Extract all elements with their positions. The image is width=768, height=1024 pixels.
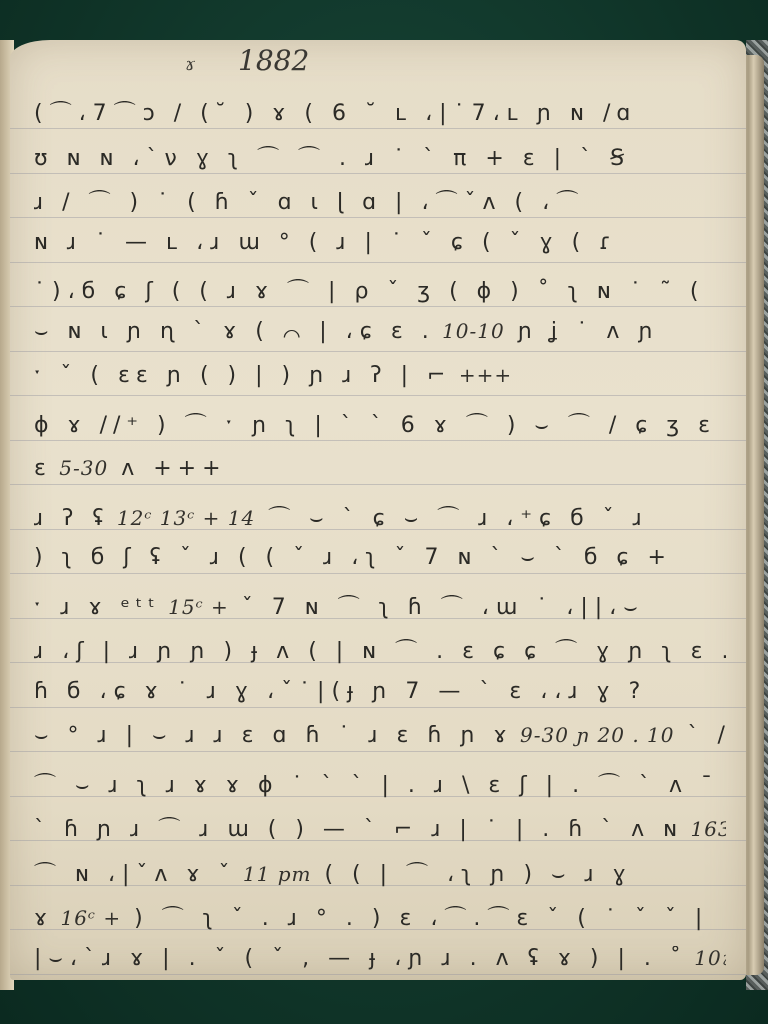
shorthand-line: ( ⌒ ، 7 ⌒ ɔ / (˘ ) ɤ ( 6 ˘ ʟ ، | ˙ 7 ، ʟ… (34, 96, 726, 127)
shorthand-line: ʊ ɴ ɴ ، ˋ ν ɣ ʅ ⌒ ⌒ . ɹ ˙ ˋ π + ɛ | ˋ Ꞩ (34, 141, 726, 172)
numeral-note: 10-10 (442, 319, 505, 343)
shorthand-text: ⌣ ° ɹ | ⌣ ɹ ɹ ɛ ɑ ɦ ˙ ɹ ɛ ɦ ɲ ɤ (34, 723, 513, 748)
ruled-line (10, 128, 746, 129)
shorthand-text: ˇ 7 ɴ ⌒ ʅ ɦ ⌒ ، ɯ ˙ ، | | ، ⌣ (242, 595, 638, 620)
shorthand-text: ( ⌒ ، 7 ⌒ ɔ / (˘ ) ɤ ( 6 ˘ ʟ ، | ˙ 7 ، ʟ… (34, 101, 636, 126)
shorthand-line: ɹ / ⌒ ) ˙ ( ɦ ˇ ɑ ɩ ɭ ɑ | ، ⌒ ˇ ʌ ( ، ⌒ (34, 185, 726, 216)
ruled-line (10, 395, 746, 396)
shorthand-text: ˑ ˇ ( ɛɛ ɲ ( ) | ) ɲ ɹ ʔ | ⌐ (34, 363, 451, 388)
numeral-note: 16ᶜ + (60, 906, 121, 930)
shorthand-line: ɦ б ، ɕ ɤ ˙ ɹ ɣ ، ˇ ˙ | ( ɟ ɲ 7 — ˋ ɛ ، … (34, 679, 726, 704)
shorthand-text: ɴ ɹ ˙ — ʟ ، ɹ ɯ ° ( ɹ | ˙ ˇ ɕ ( ˇ ɣ ( ɾ (34, 230, 617, 255)
shorthand-text: ɹ / ⌒ ) ˙ ( ɦ ˇ ɑ ɩ ɭ ɑ | ، ⌒ ˇ ʌ ( ، ⌒ (34, 190, 578, 215)
shorthand-text: ɹ ʔ ʢ (34, 506, 110, 531)
ruled-line (10, 707, 746, 708)
numeral-note: 5-30 (59, 456, 108, 480)
shorthand-line: | ⌣ ، ˋ ɹ ɤ | . ˇ ( ˇ , — ɟ ، ɲ ɹ . ʌ ʢ … (34, 946, 726, 971)
numeral-note: 1630 (690, 817, 726, 841)
shorthand-line: ɸ ɤ //⁺ ) ⌒ ˑ ɲ ʅ | ˋ ˋ 6 ɤ ⌒ ) ⌣ ⌒ / ɕ … (34, 408, 726, 439)
shorthand-line: ɤ 16ᶜ + ) ⌒ ʅ ˇ . ɹ ° . ) ɛ ، ⌒ . ⌒ ɛ ˇ … (34, 901, 726, 932)
shorthand-line: ⌒ ⌣ ɹ ʅ ɹ ɤ ɤ ɸ ˙ ˋ ˋ | . ɹ \ ɛ ʃ | . ⌒ … (34, 768, 726, 799)
ruled-line (10, 306, 746, 307)
heading-mark: ɤ (185, 54, 195, 75)
numeral-note: 9-30 ɲ 20 . 10 (520, 723, 675, 747)
shorthand-text: ⌣ ɴ ɩ ɲ ɳ ˋ ɤ ( ⌒ | ، ɕ ɛ . (34, 319, 435, 344)
shorthand-line: ˙ ) ، б ɕ ʃ ( ( ɹ ɤ ⌒ | ρ ˇ ʒ ( ɸ ) ˚ ʅ … (34, 274, 726, 305)
notebook-page: ɤ 1882 ( ⌒ ، 7 ⌒ ɔ / (˘ ) ɤ ( 6 ˘ ʟ ، | … (10, 40, 746, 980)
ruled-line (10, 440, 746, 441)
shorthand-line: ˑ ɹ ɤ ᵉᵗᵗ 15ᶜ + ˇ 7 ɴ ⌒ ʅ ɦ ⌒ ، ɯ ˙ ، | … (34, 590, 726, 621)
ruled-line (10, 217, 746, 218)
shorthand-text: | ⌣ ، ˋ ɹ ɤ | . ˇ ( ˇ , — ɟ ، ɲ ɹ . ʌ ʢ … (34, 946, 687, 971)
numeral-note: +++ (459, 363, 512, 387)
shorthand-line: ⌒ ɴ ، | ˇ ʌ ɤ ˇ 11 pm ( ( | ⌒ ، ʅ ɲ ) ⌣ … (34, 857, 726, 888)
shorthand-text: ) ʅ б ʃ ʢ ˇ ɹ ( ( ˇ ɹ ، ʅ ˇ 7 ɴ ˋ ⌣ ˋ б … (34, 545, 672, 570)
shorthand-line: ɛ 5-30 ʌ +++ (34, 456, 726, 481)
ruled-line (10, 573, 746, 574)
numeral-note: 15ᶜ + (168, 595, 229, 619)
shorthand-text: ⌒ ɴ ، | ˇ ʌ ɤ ˇ (34, 862, 236, 887)
shorthand-text: ɲ ʝ ˙ ʌ ɲ (518, 319, 659, 344)
numeral-note: 10ɤ (694, 946, 726, 970)
shorthand-text: ˑ ɹ ɤ ᵉᵗᵗ (34, 595, 161, 620)
shorthand-text: ) ⌒ ʅ ˇ . ɹ ° . ) ɛ ، ⌒ . ⌒ ɛ ˇ ( ˙ ˇ ˇ … (134, 906, 708, 931)
ruled-line (10, 974, 746, 975)
shorthand-text: ʊ ɴ ɴ ، ˋ ν ɣ ʅ ⌒ ⌒ . ɹ ˙ ˋ π + ɛ | ˋ Ꞩ (34, 146, 630, 171)
shorthand-text: ɸ ɤ //⁺ ) ⌒ ˑ ɲ ʅ | ˋ ˋ 6 ɤ ⌒ ) ⌣ ⌒ / ɕ … (34, 413, 726, 438)
ruled-line (10, 751, 746, 752)
shorthand-text: ( ( | ⌒ ، ʅ ɲ ) ⌣ ɹ ɣ (324, 862, 631, 887)
ruled-line (10, 351, 746, 352)
numeral-note: 11 pm (243, 862, 312, 886)
shorthand-text: ʌ +++ (121, 456, 226, 481)
shorthand-text: ɹ ، ʃ | ɹ ɲ ɲ ) ɟ ʌ ( | ɴ ⌒ . ɛ ɕ ɕ ⌒ ɣ … (34, 639, 726, 664)
ruled-line (10, 484, 746, 485)
shorthand-line: ) ʅ б ʃ ʢ ˇ ɹ ( ( ˇ ɹ ، ʅ ˇ 7 ɴ ˋ ⌣ ˋ б … (34, 545, 726, 570)
year-heading: 1882 (238, 44, 309, 77)
shorthand-text: ⌒ ⌣ ɹ ʅ ɹ ɤ ɤ ɸ ˙ ˋ ˋ | . ɹ \ ɛ ʃ | . ⌒ … (34, 773, 726, 798)
shorthand-text: ˙ ) ، б ɕ ʃ ( ( ɹ ɤ ⌒ | ρ ˇ ʒ ( ɸ ) ˚ ʅ … (34, 279, 704, 304)
shorthand-line: ˋ ɦ ɲ ɹ ⌒ ɹ ɯ ( ) — ˋ ⌐ ɹ | ˙ | . ɦ ˋ ʌ … (34, 812, 726, 843)
shorthand-line: ⌣ ɴ ɩ ɲ ɳ ˋ ɤ ( ⌒ | ، ɕ ɛ . 10-10 ɲ ʝ ˙ … (34, 319, 726, 344)
shorthand-line: ɹ ، ʃ | ɹ ɲ ɲ ) ɟ ʌ ( | ɴ ⌒ . ɛ ɕ ɕ ⌒ ɣ … (34, 634, 726, 665)
shorthand-line: ɴ ɹ ˙ — ʟ ، ɹ ɯ ° ( ɹ | ˙ ˇ ɕ ( ˇ ɣ ( ɾ (34, 230, 726, 255)
shorthand-text: ˋ ɦ ɲ ɹ ⌒ ɹ ɯ ( ) — ˋ ⌐ ɹ | ˙ | . ɦ ˋ ʌ … (34, 817, 683, 842)
numeral-note: 12ᶜ 13ᶜ + 14 (117, 506, 255, 530)
ruled-line (10, 173, 746, 174)
shorthand-text: ɦ б ، ɕ ɤ ˙ ɹ ɣ ، ˇ ˙ | ( ɟ ɲ 7 — ˋ ɛ ، … (34, 679, 646, 704)
shorthand-text: ɛ (34, 456, 52, 481)
shorthand-line: ɹ ʔ ʢ 12ᶜ 13ᶜ + 14 ⌒ ⌣ ˋ ɕ ⌣ ⌒ ɹ ، ⁺ ɕ б… (34, 501, 726, 532)
shorthand-line: ⌣ ° ɹ | ⌣ ɹ ɹ ɛ ɑ ɦ ˙ ɹ ɛ ɦ ɲ ɤ 9-30 ɲ 2… (34, 723, 726, 748)
shorthand-line: ˑ ˇ ( ɛɛ ɲ ( ) | ) ɲ ɹ ʔ | ⌐ +++ (34, 363, 726, 388)
shorthand-text: ɤ (34, 906, 53, 931)
shorthand-text: ˋ / (688, 723, 726, 748)
ruled-line (10, 262, 746, 263)
shorthand-text: ⌒ ⌣ ˋ ɕ ⌣ ⌒ ɹ ، ⁺ ɕ б ˇ ɹ (268, 506, 648, 531)
